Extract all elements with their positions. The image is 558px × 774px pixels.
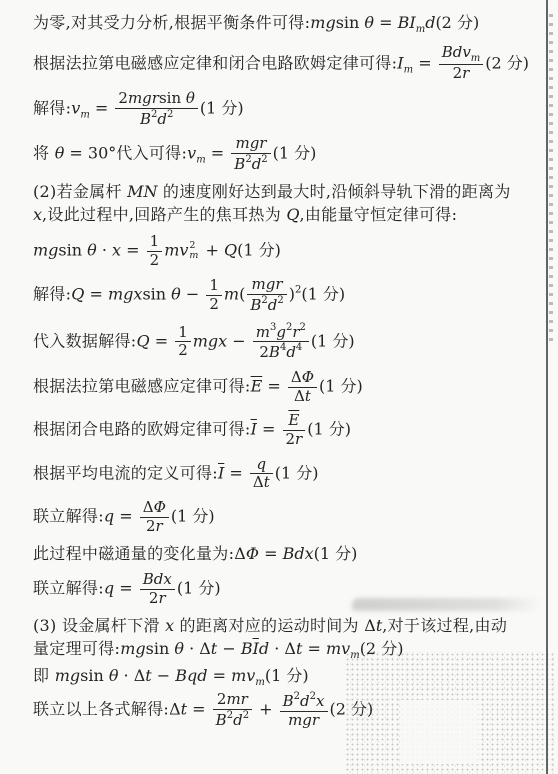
formula-line: 根据闭合电路的欧姆定律可得:I = E2r(1 分) [33, 412, 532, 448]
formula-line: mgsin θ · x = 12mv2m + Q(1 分) [33, 233, 532, 269]
formula-line: 将 θ = 30°代入可得:vm = mgrB2d2(1 分) [33, 135, 532, 173]
scanned-document-page: 为零,对其受力分析,根据平衡条件可得:mgsin θ = BImd(2 分)根据… [0, 0, 558, 774]
formula-line: 根据法拉第电磁感应定律和闭合电路欧姆定律可得:Im = Bdvm2r(2 分) [33, 44, 532, 83]
ink-smudge [351, 598, 543, 611]
formula-line: 为零,对其受力分析,根据平衡条件可得:mgsin θ = BImd(2 分) [33, 12, 532, 37]
formula-line: 解得:Q = mgxsin θ − 12m(mgrB2d2)2(1 分) [33, 276, 532, 314]
formula-line: 代入数据解得:Q = 12mgx − m3g2r22B4d4(1 分) [33, 322, 532, 362]
formula-line: 联立解得:q = ΔΦ2r(1 分) [33, 499, 532, 535]
formula-line: (2)若金属杆 MN 的速度刚好达到最大时,沿倾斜导轨下滑的距离为 [33, 181, 532, 203]
page-edge-line [546, 0, 548, 774]
formula-line: x,设此过程中,回路产生的焦耳热为 Q,由能量守恒定律可得: [33, 204, 532, 226]
formula-line: 此过程中磁通量的变化量为:ΔΦ = Bdx(1 分) [33, 543, 532, 565]
formula-line: 根据平均电流的定义可得:I = qΔt(1 分) [33, 456, 532, 492]
scan-noise-hole [400, 700, 478, 764]
solution-text-body: 为零,对其受力分析,根据平衡条件可得:mgsin θ = BImd(2 分)根据… [33, 12, 532, 736]
edge-text-marks [549, 14, 553, 344]
formula-line: (3) 设金属杆下滑 x 的距离对应的运动时间为 Δt,对于该过程,由动 [33, 615, 532, 637]
formula-line: 根据法拉第电磁感应定律可得:E = ΔΦΔt(1 分) [33, 369, 532, 405]
formula-line: 解得:vm = 2mgrsin θB2d2(1 分) [33, 90, 532, 128]
